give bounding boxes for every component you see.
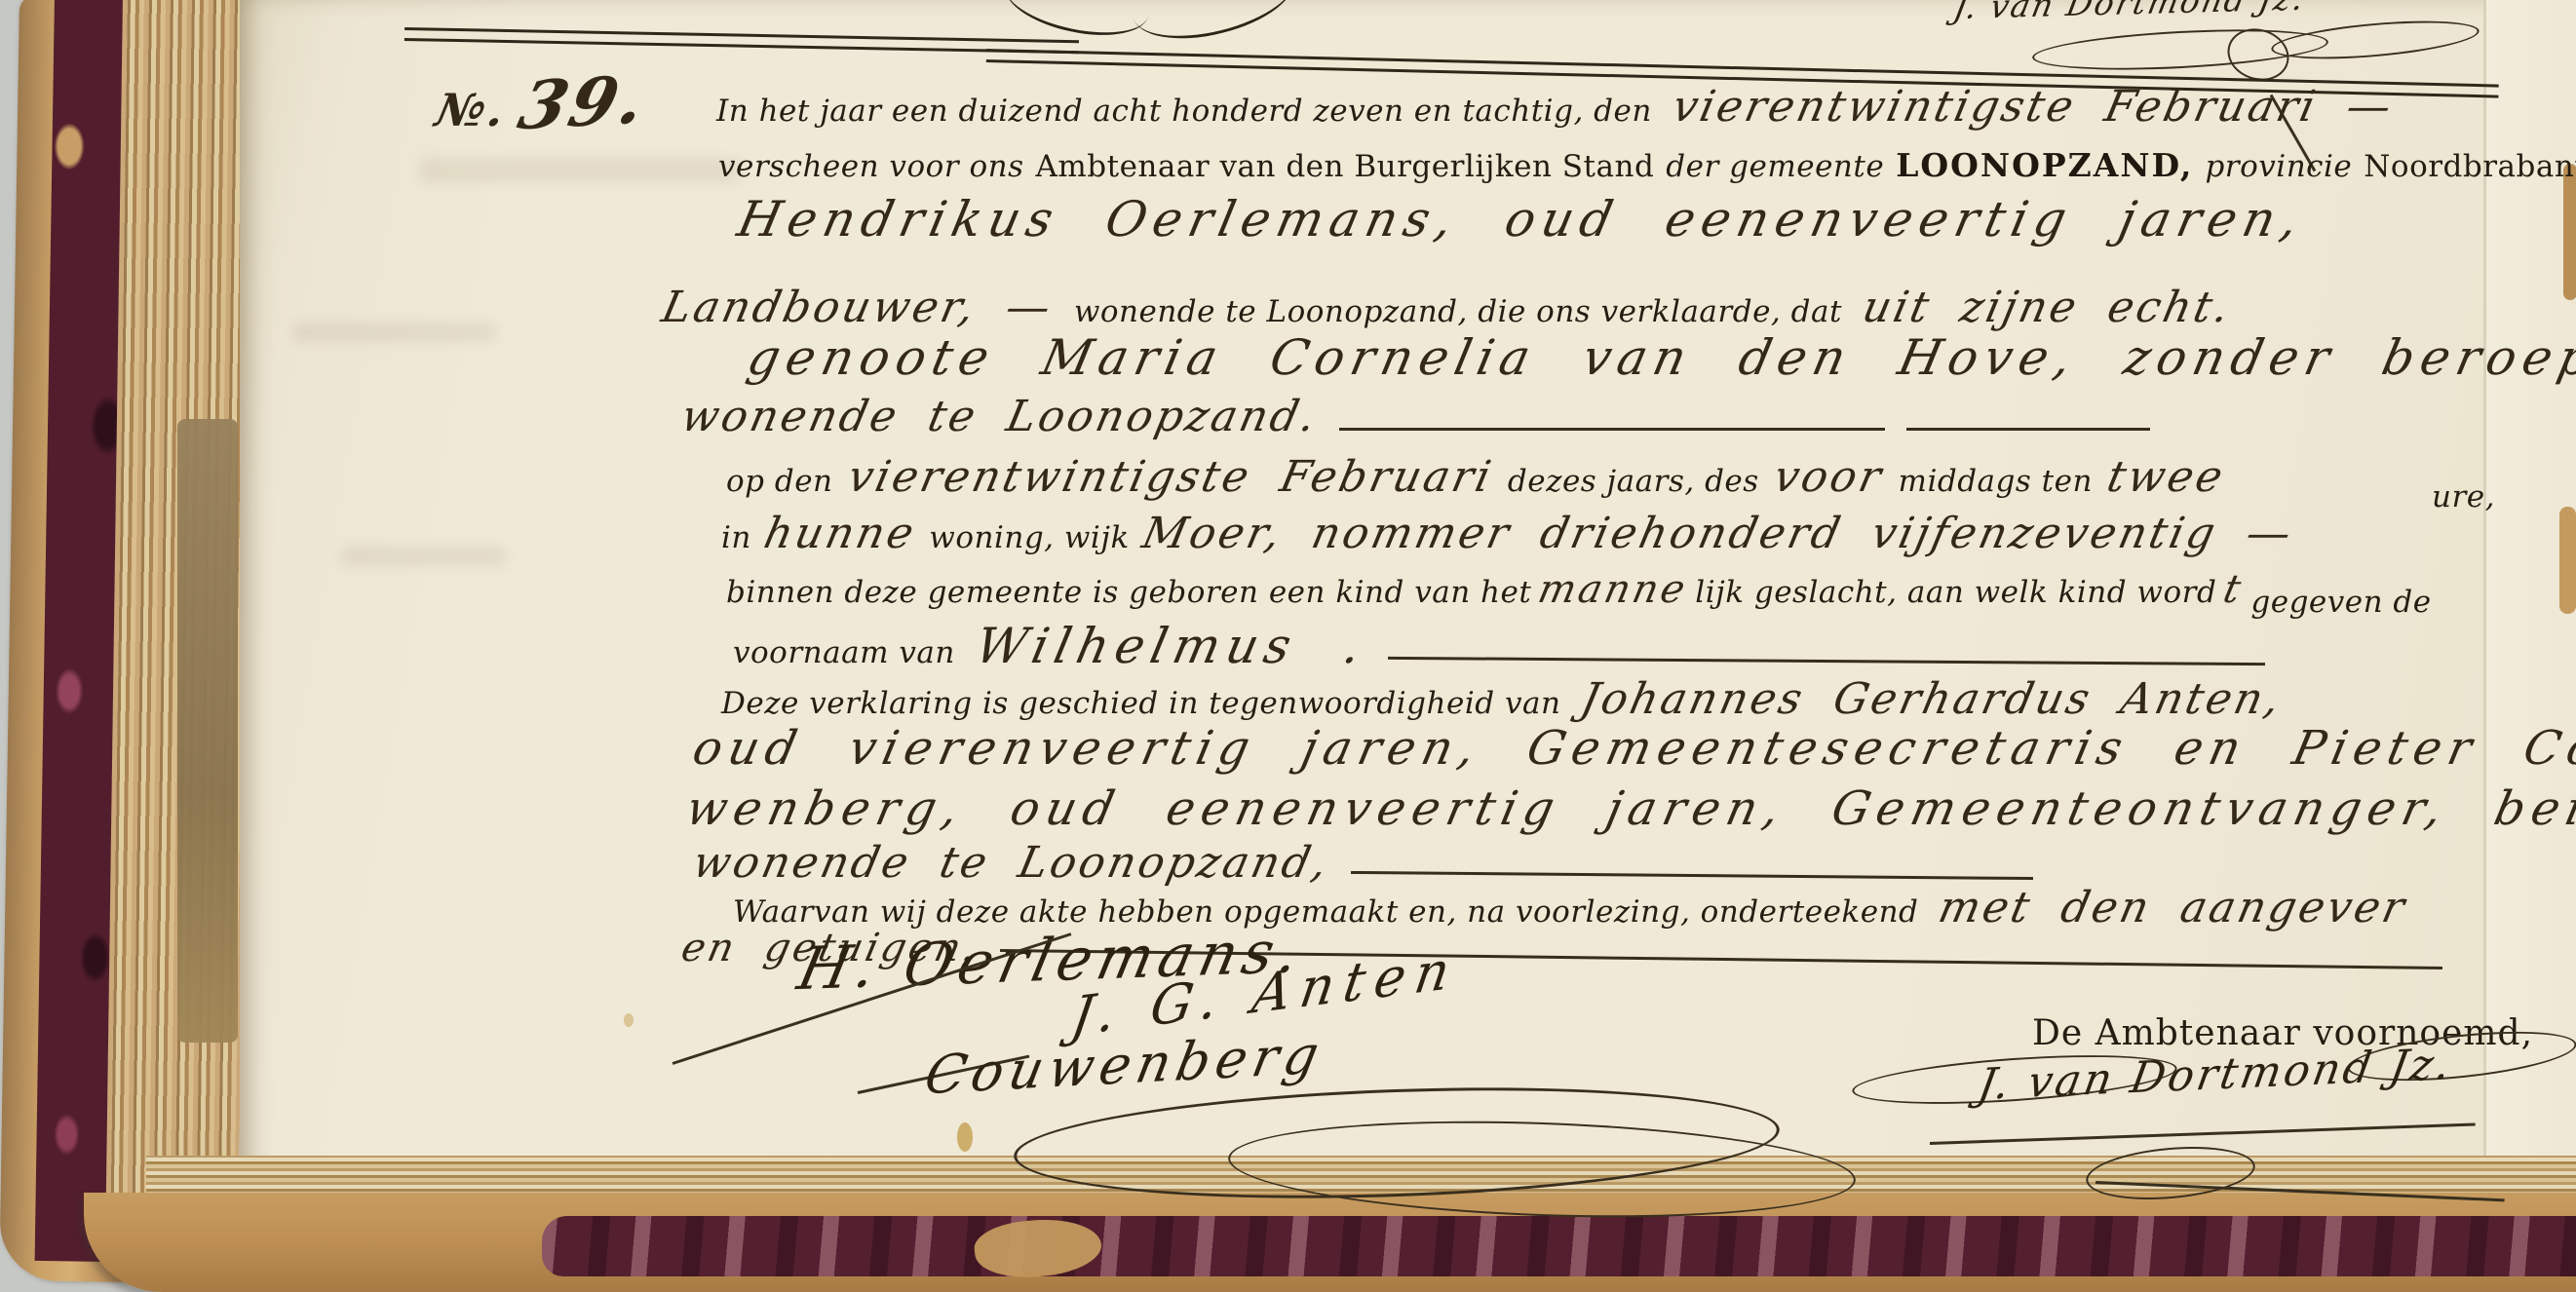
page-edge-sliver bbox=[2563, 164, 2576, 300]
handwritten-text: hunne bbox=[759, 509, 920, 558]
printed-text: Ambtenaar van den Burgerlijken Stand bbox=[1035, 149, 1654, 184]
printed-text: voornaam van bbox=[733, 635, 955, 670]
handwritten-text: uit zijne echt. bbox=[1859, 283, 2237, 332]
handwritten-house-number: Moer, nommer driehonderd vijfenzeventig … bbox=[1137, 509, 2297, 558]
act-line-8: in hunne woning, wijk Moer, nommer drieh… bbox=[721, 509, 2292, 558]
handwritten-child-name: Wilhelmus . bbox=[971, 618, 1373, 674]
printed-text: in bbox=[721, 520, 751, 555]
handwritten-witness-1: Johannes Gerhardus Anten, bbox=[1577, 674, 2288, 724]
act-line-13: wenberg, oud eenenveertig jaren, Gemeent… bbox=[687, 781, 2576, 836]
handwritten-residence: wonende te Loonopzand. bbox=[677, 392, 1324, 441]
printed-text: dezes jaars, des bbox=[1508, 464, 1759, 499]
handwritten-text: oud vierenveertig jaren, Gemeentesecreta… bbox=[688, 721, 2576, 776]
handwritten-date: vierentwintigste Februari — bbox=[1668, 82, 2398, 132]
act-line-1: In het jaar een duizend acht honderd zev… bbox=[716, 82, 2393, 132]
printed-text: Waarvan wij deze akte hebben opgemaakt e… bbox=[733, 894, 1918, 930]
handwritten-occupation: Landbouwer, — bbox=[658, 283, 1058, 332]
fill-rule bbox=[1388, 657, 2265, 665]
act-line-12: oud vierenveertig jaren, Gemeentesecreta… bbox=[694, 721, 2576, 776]
printed-text: binnen deze gemeente is geboren een kind… bbox=[726, 575, 1531, 610]
fill-rule bbox=[1906, 428, 2150, 431]
act-line-4: Landbouwer, — wonende te Loonopzand, die… bbox=[663, 283, 2231, 332]
paper-fleck bbox=[624, 1013, 634, 1027]
handwritten-witness-2: wenberg, oud eenenveertig jaren, Gemeent… bbox=[681, 781, 2576, 836]
ink-bleed-ghost bbox=[292, 322, 497, 343]
photo-of-birth-record: J. van Dortmond Jz. №. 39. In het jaar e… bbox=[0, 0, 2576, 1292]
act-line-2: verscheen voor ons Ambtenaar van den Bur… bbox=[718, 146, 2576, 184]
handwritten-date: vierentwintigste Februari bbox=[843, 452, 1497, 502]
handwritten-residence: wonende te Loonopzand, bbox=[689, 838, 1335, 888]
printed-text: lijk geslacht, aan welk kind word bbox=[1695, 575, 2216, 610]
ink-bleed-ghost bbox=[419, 158, 741, 183]
handwritten-letter: t bbox=[2219, 567, 2248, 612]
printed-text: gegeven de bbox=[2250, 585, 2431, 620]
act-line-11: Deze verklaring is geschied in tegenwoor… bbox=[721, 674, 2282, 724]
printed-text: verscheen voor ons bbox=[718, 149, 1023, 184]
printed-text: middags ten bbox=[1899, 464, 2093, 499]
book-page-edges-dark-band bbox=[177, 419, 238, 1043]
act-number-label: №. bbox=[431, 84, 512, 136]
page-edge-sliver bbox=[2559, 507, 2576, 614]
printed-text: der gemeente bbox=[1666, 149, 1884, 184]
printed-text: provincie bbox=[2205, 149, 2352, 184]
printed-text: wonende te Loonopzand, die ons verklaard… bbox=[1074, 294, 1842, 329]
paper-fleck bbox=[957, 1122, 973, 1152]
act-line-3: Hendrikus Oerlemans, oud eenenveertig ja… bbox=[739, 191, 2304, 247]
act-line-7: op den vierentwintigste Februari dezes j… bbox=[726, 452, 2495, 502]
act-line-9: binnen deze gemeente is geboren een kind… bbox=[726, 567, 2432, 612]
handwritten-mother: genoote Maria Cornelia van den Hove, zon… bbox=[743, 329, 2576, 386]
handwritten-gender: manne bbox=[1534, 567, 1692, 612]
municipality-name: LOONOPZAND, bbox=[1896, 146, 2193, 184]
printed-text: ure, bbox=[2432, 479, 2495, 514]
act-line-14: wonende te Loonopzand, bbox=[694, 838, 2033, 888]
act-number: №. 39. bbox=[437, 64, 645, 142]
handwritten-text: voor bbox=[1769, 452, 1888, 502]
printed-text: op den bbox=[726, 464, 833, 499]
printed-text: In het jaar een duizend acht honderd zev… bbox=[716, 94, 1652, 129]
handwritten-declarant: Hendrikus Oerlemans, oud eenenveertig ja… bbox=[733, 191, 2310, 247]
printed-text: Deze verklaring is geschied in tegenwoor… bbox=[721, 686, 1560, 721]
handwritten-hour: twee bbox=[2102, 452, 2229, 502]
act-line-6: wonende te Loonopzand. bbox=[682, 392, 2150, 441]
ink-bleed-ghost bbox=[341, 546, 507, 567]
book-bottom-marbled-band bbox=[542, 1216, 2576, 1276]
province-name: Noordbrabant, bbox=[2364, 149, 2576, 184]
printed-text: woning, wijk bbox=[929, 520, 1129, 555]
fill-rule bbox=[1339, 428, 1885, 431]
fill-rule bbox=[1351, 871, 2033, 880]
act-line-5: genoote Maria Cornelia van den Hove, zon… bbox=[749, 329, 2576, 386]
act-line-10: voornaam van Wilhelmus . bbox=[733, 618, 2265, 674]
act-number-value: 39. bbox=[512, 61, 656, 146]
